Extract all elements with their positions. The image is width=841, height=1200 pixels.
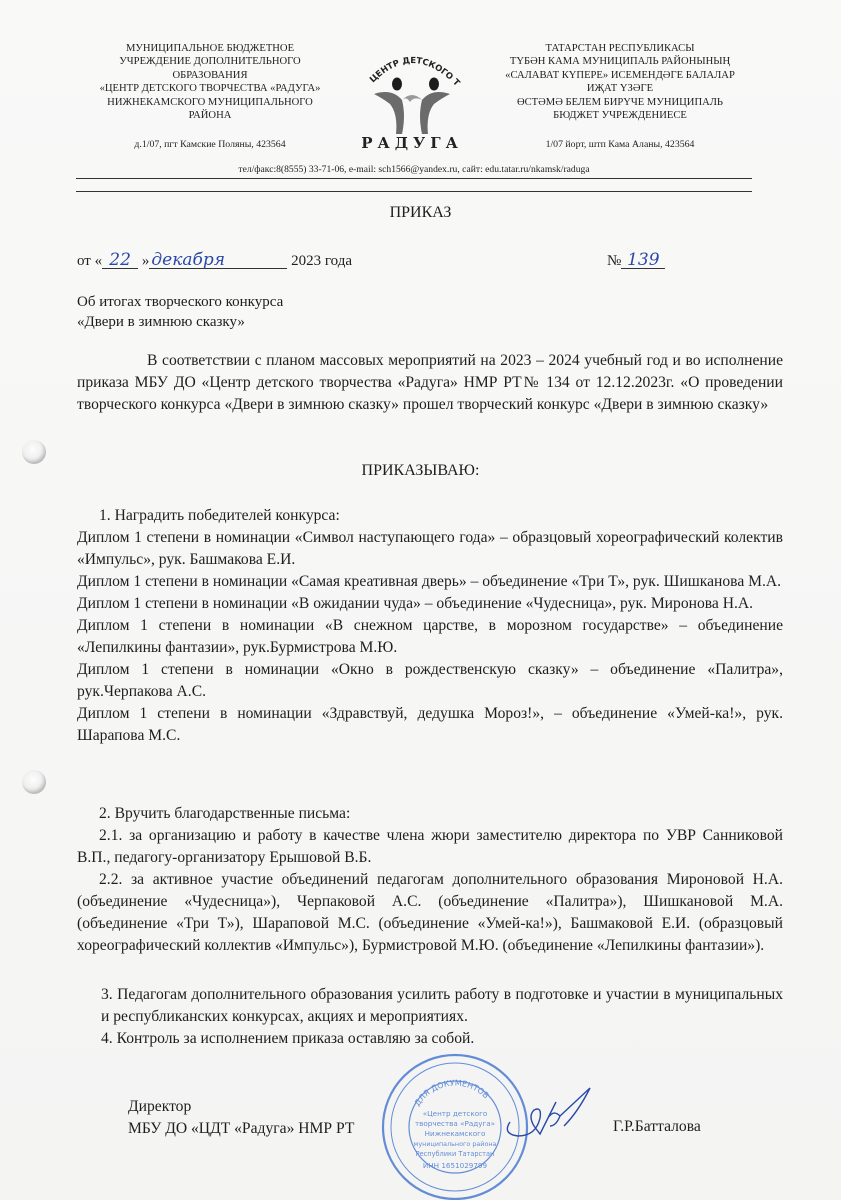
letterhead-line: «САЛАВАТ КҮПЕРЕ» ИСЕМЕНДӘГЕ БАЛАЛАР xyxy=(470,69,770,82)
order-subject: Об итогах творческого конкурса «Двери в … xyxy=(77,292,283,332)
order-heading: ПРИКАЗЫВАЮ: xyxy=(0,462,841,480)
signatory-name: Г.Р.Батталова xyxy=(613,1118,701,1136)
item-2-1: 2.1. за организацию и работу в качестве … xyxy=(77,825,783,869)
item-1: 1. Наградить победителей конкурса: Дипло… xyxy=(77,505,783,747)
signature-block: Директор МБУ ДО «ЦДТ «Радуга» НМР РТ xyxy=(128,1096,354,1140)
contact-line: тел/факс:8(8555) 33-71-06, e-mail: sch15… xyxy=(78,164,750,175)
document-page: МУНИЦИПАЛЬНОЕ БЮДЖЕТНОЕ УЧРЕЖДЕНИЕ ДОПОЛ… xyxy=(0,0,841,1200)
letterhead-line: НИЖНЕКАМСКОГО МУНИЦИПАЛЬНОГО xyxy=(72,96,348,109)
item-1-heading: 1. Наградить победителей конкурса: xyxy=(77,505,783,527)
award-entry: Диплом 1 степени в номинации «Здравствуй… xyxy=(77,703,783,747)
stamp-line: муниципального района xyxy=(414,1140,497,1148)
logo-name: РАДУГА xyxy=(361,134,463,152)
stamp-line: «Центр детского xyxy=(423,1109,488,1118)
punch-hole-top xyxy=(22,440,46,464)
svg-text:ЦЕНТР ДЕТСКОГО ТВОРЧЕСТВА: ЦЕНТР ДЕТСКОГО ТВОРЧЕСТВА xyxy=(352,38,462,89)
stamp-line: Нижнекамского xyxy=(425,1129,486,1138)
award-entry: Диплом 1 степени в номинации «Самая креа… xyxy=(77,571,783,593)
letterhead-tatar: ТАТАРСТАН РЕСПУБЛИКАСЫ ТҮБӘН КАМА МУНИЦИ… xyxy=(470,42,770,152)
item-2: 2. Вручить благодарственные письма: 2.1.… xyxy=(77,803,783,957)
letterhead-address: д.1/07, пгт Камские Поляны, 423564 xyxy=(72,138,348,151)
date-month: декабря xyxy=(149,252,287,269)
date-day: 22 xyxy=(102,252,138,269)
date-mid: » xyxy=(142,253,150,269)
document-title: ПРИКАЗ xyxy=(0,204,841,222)
item-3: 3. Педагогам дополнительного образования… xyxy=(77,984,783,1028)
item-4: 4. Контроль за исполнением приказа остав… xyxy=(77,1028,807,1050)
subject-line: «Двери в зимнюю сказку» xyxy=(77,312,283,332)
handwritten-signature xyxy=(500,1082,595,1142)
divider-bottom xyxy=(76,191,752,192)
date-prefix: от « xyxy=(77,253,102,269)
letterhead-line: ТАТАРСТАН РЕСПУБЛИКАСЫ xyxy=(470,42,770,55)
letterhead-address: 1/07 йорт, штп Кама Аланы, 423564 xyxy=(470,138,770,151)
letterhead-line: РАЙОНА xyxy=(72,109,348,122)
preamble: В соответствии с планом массовых меропри… xyxy=(77,350,783,416)
svg-text:ДЛЯ ДОКУМЕНТОВ: ДЛЯ ДОКУМЕНТОВ xyxy=(413,1078,491,1107)
date-line: от «22 »декабря 2023 года №139 xyxy=(77,252,697,270)
logo-arc-text: ЦЕНТР ДЕТСКОГО ТВОРЧЕСТВА xyxy=(352,38,462,89)
letterhead-line: МУНИЦИПАЛЬНОЕ БЮДЖЕТНОЕ xyxy=(72,42,348,55)
number-value: 139 xyxy=(621,252,665,269)
letterhead-line: ОБРАЗОВАНИЯ xyxy=(72,69,348,82)
date-year: 2023 года xyxy=(291,253,352,269)
punch-hole-bottom xyxy=(22,770,46,794)
item-2-2: 2.2. за активное участие объединений пед… xyxy=(77,869,783,957)
letterhead-line: БЮДЖЕТ УЧРЕЖДЕНИЕСЕ xyxy=(470,109,770,122)
raduga-logo: ЦЕНТР ДЕТСКОГО ТВОРЧЕСТВА РАДУГА xyxy=(352,38,472,153)
stamp-top-text: ДЛЯ ДОКУМЕНТОВ xyxy=(413,1078,491,1107)
signatory-org: МБУ ДО «ЦДТ «Радуга» НМР РТ xyxy=(128,1118,354,1140)
stamp-inn: ИНН 1651029799 xyxy=(423,1161,488,1170)
award-entry: Диплом 1 степени в номинации «В снежном … xyxy=(77,615,783,659)
letterhead-line: ТҮБӘН КАМА МУНИЦИПАЛЬ РАЙОНЫНЫҢ xyxy=(470,55,770,68)
stamp-line: Республики Татарстан xyxy=(416,1150,495,1158)
letterhead-line: ӨСТӘМӘ БЕЛЕМ БИРҮЧЕ МУНИЦИПАЛЬ xyxy=(470,96,770,109)
stamp-line: творчества «Радуга» xyxy=(415,1119,495,1128)
letterhead-russian: МУНИЦИПАЛЬНОЕ БЮДЖЕТНОЕ УЧРЕЖДЕНИЕ ДОПОЛ… xyxy=(72,42,348,152)
letterhead-line: «ЦЕНТР ДЕТСКОГО ТВОРЧЕСТВА «РАДУГА» xyxy=(72,82,348,95)
award-entry: Диплом 1 степени в номинации «Окно в рож… xyxy=(77,659,783,703)
subject-line: Об итогах творческого конкурса xyxy=(77,292,283,312)
letterhead-line: УЧРЕЖДЕНИЕ ДОПОЛНИТЕЛЬНОГО xyxy=(72,55,348,68)
divider-top xyxy=(76,178,752,179)
order-number: №139 xyxy=(607,252,665,270)
award-entry: Диплом 1 степени в номинации «В ожидании… xyxy=(77,593,783,615)
item-2-heading: 2. Вручить благодарственные письма: xyxy=(77,803,783,825)
award-entry: Диплом 1 степени в номинации «Символ нас… xyxy=(77,527,783,571)
signatory-position: Директор xyxy=(128,1096,354,1118)
number-prefix: № xyxy=(607,253,621,269)
letterhead-line: ИҖАТ ҮЗӘГЕ xyxy=(470,82,770,95)
